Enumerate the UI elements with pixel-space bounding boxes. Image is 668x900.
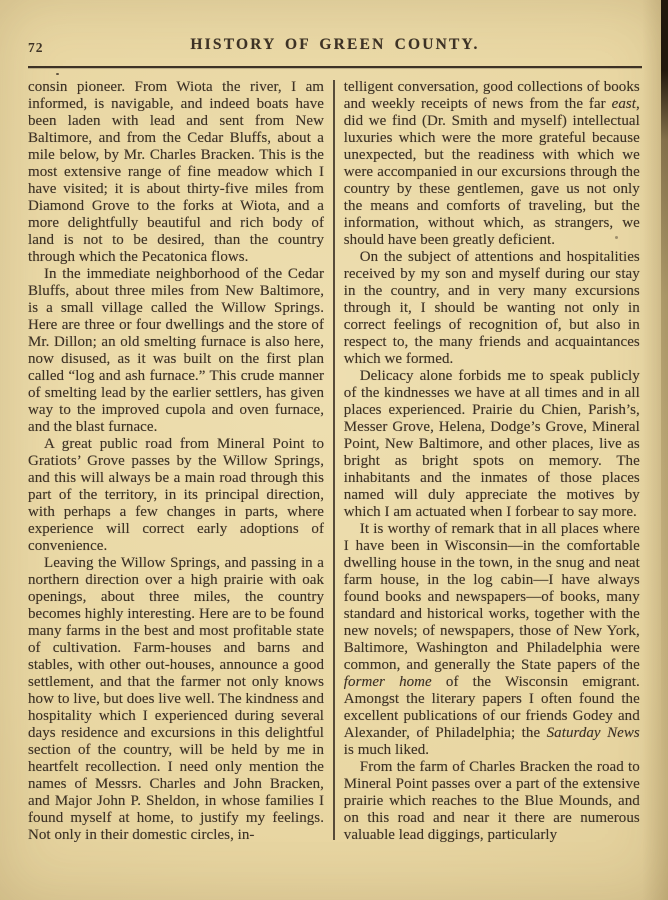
italic-text: former home — [344, 674, 432, 690]
paragraph: On the subject of attentions and hospita… — [344, 249, 640, 368]
paragraph: Leaving the Willow Springs, and passing … — [28, 555, 324, 844]
right-column: telligent conversation, good collections… — [344, 79, 640, 844]
page-edge-shadow — [661, 0, 668, 780]
paragraph: Delicacy alone forbids me to speak publi… — [344, 368, 640, 521]
body-text: In the immediate neighborhood of the Ced… — [28, 266, 324, 435]
body-text: A great public road from Mineral Point t… — [28, 436, 324, 554]
body-text: On the subject of attentions and hospita… — [344, 249, 640, 367]
italic-text: east — [612, 96, 636, 112]
column-divider — [333, 80, 335, 840]
body-text: is much liked. — [344, 742, 429, 758]
body-text: From the farm of Charles Bracken the roa… — [344, 759, 640, 843]
body-text: Leaving the Willow Springs, and passing … — [28, 555, 324, 843]
page-edge-shading — [642, 0, 668, 900]
paragraph: In the immediate neighborhood of the Ced… — [28, 266, 324, 436]
paragraph: A great public road from Mineral Point t… — [28, 436, 324, 555]
body-text: It is worthy of remark that in all place… — [344, 521, 640, 673]
body-text: telligent conversation, good collections… — [344, 79, 640, 112]
text-columns: consin pioneer. From Wiota the river, I … — [28, 79, 642, 844]
italic-text: Saturday News — [547, 725, 640, 741]
book-page: 72 HISTORY OF GREEN COUNTY. consin pione… — [0, 0, 668, 900]
body-text: Delicacy alone forbids me to speak publi… — [344, 368, 640, 520]
dust-speck — [56, 73, 59, 75]
header-rule — [28, 66, 642, 68]
paragraph: telligent conversation, good collections… — [344, 79, 640, 249]
left-column: consin pioneer. From Wiota the river, I … — [28, 79, 324, 844]
paragraph: It is worthy of remark that in all place… — [344, 521, 640, 759]
paragraph: From the farm of Charles Bracken the roa… — [344, 759, 640, 844]
body-text: consin pioneer. From Wiota the river, I … — [28, 79, 324, 265]
body-text: , did we find (Dr. Smith and myself) int… — [344, 96, 640, 248]
paragraph: consin pioneer. From Wiota the river, I … — [28, 79, 324, 266]
page-header: 72 HISTORY OF GREEN COUNTY. — [28, 36, 642, 58]
running-title: HISTORY OF GREEN COUNTY. — [28, 36, 642, 54]
dust-speck — [615, 236, 618, 239]
